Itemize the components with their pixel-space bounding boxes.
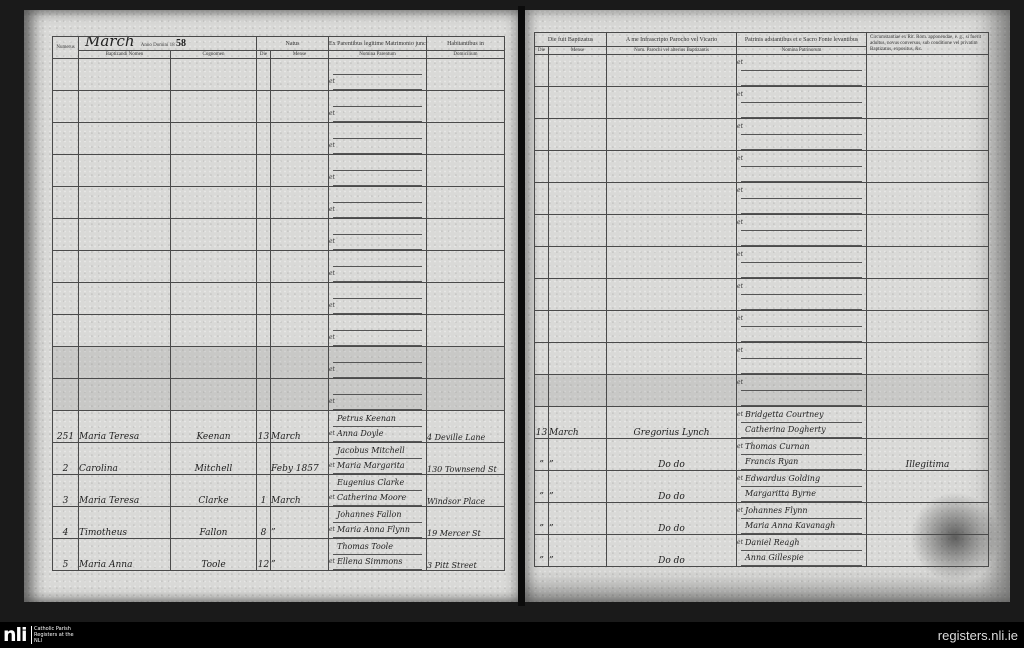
baptism-month xyxy=(549,151,607,183)
domicile xyxy=(427,219,505,251)
sponsor-2-name: Anna Gillespie xyxy=(741,553,804,562)
domicile xyxy=(427,59,505,91)
baptized-surname xyxy=(171,155,257,187)
table-row: et xyxy=(535,311,989,343)
sponsor-line-1: et xyxy=(741,344,862,359)
header-die-baptizatus: Die fuit Baptizatus xyxy=(535,33,607,47)
baptism-month xyxy=(549,87,607,119)
sponsor-line-1: et xyxy=(741,120,862,135)
table-row: 251Maria TeresaKeenan13MarchPetrus Keena… xyxy=(53,411,505,443)
anno-label: Anno Domini 18 xyxy=(141,43,175,48)
sponsor-2-name: Catherina Dogherty xyxy=(741,425,826,434)
father-line xyxy=(333,284,422,299)
father-name xyxy=(333,126,337,135)
table-row: et xyxy=(535,87,989,119)
birth-month: March xyxy=(271,475,329,507)
logo-caption: Catholic Parish Registers at the NLI xyxy=(34,626,74,644)
parents-cell: et xyxy=(329,219,427,251)
father-line xyxy=(333,220,422,235)
site-link[interactable]: registers.nli.ie xyxy=(938,628,1018,643)
birth-day xyxy=(257,219,271,251)
birth-day xyxy=(257,155,271,187)
father-name xyxy=(333,222,337,231)
entry-number: 251 xyxy=(53,411,79,443)
baptism-month: March xyxy=(549,407,607,439)
parents-cell: et xyxy=(329,251,427,283)
header-numerus: Numerus xyxy=(53,37,79,59)
table-row: ””Do doetJohannes FlynnMaria Anna Kavana… xyxy=(535,503,989,535)
table-row: 2CarolinaMitchellFeby 1857Jacobus Mitche… xyxy=(53,443,505,475)
sponsor-line-2 xyxy=(741,103,862,118)
father-name xyxy=(333,350,337,359)
domicile xyxy=(427,251,505,283)
sponsor-2-name: Margaritta Byrne xyxy=(741,489,816,498)
sponsors-cell: et xyxy=(737,375,867,407)
entry-number xyxy=(53,155,79,187)
header-natus: Natus xyxy=(257,37,329,51)
remarks xyxy=(867,343,989,375)
logo-divider xyxy=(31,626,32,644)
table-row: et xyxy=(535,279,989,311)
et-label: et xyxy=(329,203,335,217)
baptism-month xyxy=(549,119,607,151)
mother-name: Ellena Simmons xyxy=(333,557,402,566)
father-line xyxy=(333,252,422,267)
birth-month: ” xyxy=(271,539,329,571)
baptism-day: ” xyxy=(535,503,549,535)
parents-cell: et xyxy=(329,347,427,379)
baptized-name: Maria Teresa xyxy=(79,475,171,507)
header-remarks: Circumstantiae ex Rit. Rom. apponendae, … xyxy=(867,33,989,55)
birth-day xyxy=(257,251,271,283)
table-row: et xyxy=(53,123,505,155)
baptism-day: ” xyxy=(535,439,549,471)
baptism-day xyxy=(535,87,549,119)
baptism-month: ” xyxy=(549,535,607,567)
birth-month xyxy=(271,379,329,411)
minister-name xyxy=(607,215,737,247)
minister-name: Do do xyxy=(607,439,737,471)
domicile xyxy=(427,187,505,219)
et-label: et xyxy=(329,395,335,409)
mother-name: Maria Margarita xyxy=(333,461,405,470)
table-row: et xyxy=(53,187,505,219)
entry-number: 4 xyxy=(53,507,79,539)
table-row: et xyxy=(535,151,989,183)
et-label: et xyxy=(737,56,743,70)
parents-cell: et xyxy=(329,155,427,187)
mother-line: et xyxy=(333,75,422,90)
header-mense: Mense xyxy=(271,51,329,59)
parents-cell: et xyxy=(329,59,427,91)
baptized-surname: Toole xyxy=(171,539,257,571)
remarks xyxy=(867,247,989,279)
mother-line: et xyxy=(333,171,422,186)
sponsor-line-1: et xyxy=(741,280,862,295)
mother-line: et xyxy=(333,331,422,346)
et-label: et xyxy=(329,139,335,153)
baptized-surname: Keenan xyxy=(171,411,257,443)
remarks xyxy=(867,407,989,439)
father-line: Petrus Keenan xyxy=(333,412,422,427)
sponsor-line-1: et xyxy=(741,376,862,391)
entry-number xyxy=(53,315,79,347)
baptism-month: ” xyxy=(549,471,607,503)
header-die: Die xyxy=(257,51,271,59)
table-row: et xyxy=(53,59,505,91)
sponsor-1-name: Daniel Reagh xyxy=(741,538,800,547)
baptized-name xyxy=(79,315,171,347)
sponsors-cell: etEdwardus GoldingMargaritta Byrne xyxy=(737,471,867,503)
et-label: et xyxy=(737,120,743,134)
baptized-name xyxy=(79,123,171,155)
et-label: et xyxy=(737,440,743,454)
et-label: et xyxy=(737,248,743,262)
sponsor-1-name: Edwardus Golding xyxy=(741,474,820,483)
et-label: et xyxy=(737,152,743,166)
header-parents-sub: Nomina Parentum xyxy=(329,51,427,59)
et-label: et xyxy=(737,408,743,422)
table-row: ””Do doetThomas CurnanFrancis RyanIllegi… xyxy=(535,439,989,471)
entry-number xyxy=(53,283,79,315)
baptism-day xyxy=(535,55,549,87)
parents-cell: Johannes FallonetMaria Anna Flynn xyxy=(329,507,427,539)
table-row: et xyxy=(53,283,505,315)
parents-cell: et xyxy=(329,379,427,411)
sponsor-line-1: etThomas Curnan xyxy=(741,440,862,455)
birth-month xyxy=(271,59,329,91)
baptism-month xyxy=(549,55,607,87)
father-line xyxy=(333,348,422,363)
baptized-surname xyxy=(171,123,257,155)
baptized-name xyxy=(79,251,171,283)
birth-day xyxy=(257,443,271,475)
sponsor-2-name xyxy=(741,329,745,338)
header-sponsors-sub: Nomina Patrinorum xyxy=(737,47,867,55)
remarks xyxy=(867,215,989,247)
sponsor-line-2: Maria Anna Kavanagh xyxy=(741,519,862,534)
minister-name xyxy=(607,279,737,311)
baptized-surname xyxy=(171,283,257,315)
table-row: et xyxy=(53,379,505,411)
remarks xyxy=(867,311,989,343)
father-name: Eugenius Clarke xyxy=(333,478,404,487)
mother-name: Anna Doyle xyxy=(333,429,383,438)
et-label: et xyxy=(737,472,743,486)
remarks xyxy=(867,119,989,151)
sponsor-line-1: et xyxy=(741,88,862,103)
baptism-day xyxy=(535,247,549,279)
minister-name: Do do xyxy=(607,535,737,567)
minister-name xyxy=(607,183,737,215)
sponsor-line-1: et xyxy=(741,184,862,199)
sponsor-line-1: etDaniel Reagh xyxy=(741,536,862,551)
birth-day xyxy=(257,347,271,379)
birth-month xyxy=(271,315,329,347)
mother-line: et xyxy=(333,395,422,410)
et-label: et xyxy=(329,235,335,249)
table-row: et xyxy=(535,119,989,151)
et-label: et xyxy=(329,459,335,473)
minister-name xyxy=(607,151,737,183)
sponsor-line-1: et xyxy=(741,216,862,231)
remarks xyxy=(867,375,989,407)
father-name xyxy=(333,254,337,263)
father-name xyxy=(333,158,337,167)
baptism-day xyxy=(535,311,549,343)
remarks xyxy=(867,503,989,535)
table-row: et xyxy=(53,91,505,123)
sponsor-1-name: Bridgetta Courtney xyxy=(741,410,824,419)
mother-line: et xyxy=(333,235,422,250)
entry-number xyxy=(53,347,79,379)
baptized-surname xyxy=(171,379,257,411)
baptized-name xyxy=(79,91,171,123)
entry-number: 2 xyxy=(53,443,79,475)
birth-month: ” xyxy=(271,507,329,539)
sponsor-2-name xyxy=(741,201,745,210)
sponsors-cell: etJohannes FlynnMaria Anna Kavanagh xyxy=(737,503,867,535)
month-handwritten: March xyxy=(85,37,135,51)
minister-name xyxy=(607,247,737,279)
sponsors-cell: etBridgetta CourtneyCatherina Dogherty xyxy=(737,407,867,439)
domicile: 3 Pitt Street xyxy=(427,539,505,571)
table-row: et xyxy=(53,219,505,251)
sponsor-line-2 xyxy=(741,359,862,374)
birth-day xyxy=(257,379,271,411)
year-handwritten: 58 xyxy=(176,38,186,49)
et-label: et xyxy=(737,536,743,550)
father-line: Jacobus Mitchell xyxy=(333,444,422,459)
baptized-name xyxy=(79,187,171,219)
parents-cell: Thomas TooleetEllena Simmons xyxy=(329,539,427,571)
baptized-surname xyxy=(171,187,257,219)
sponsor-2-name xyxy=(741,393,745,402)
father-line: Johannes Fallon xyxy=(333,508,422,523)
birth-month xyxy=(271,155,329,187)
baptism-month xyxy=(549,215,607,247)
father-line xyxy=(333,60,422,75)
birth-day: 1 xyxy=(257,475,271,507)
baptism-day xyxy=(535,375,549,407)
sponsor-line-2: Anna Gillespie xyxy=(741,551,862,566)
minister-name xyxy=(607,311,737,343)
et-label: et xyxy=(737,216,743,230)
father-name: Johannes Fallon xyxy=(333,510,402,519)
entry-number xyxy=(53,123,79,155)
sponsor-line-1: etBridgetta Courtney xyxy=(741,408,862,423)
et-label: et xyxy=(737,184,743,198)
parents-cell: Petrus KeenanetAnna Doyle xyxy=(329,411,427,443)
father-line xyxy=(333,188,422,203)
sponsor-line-2: Catherina Dogherty xyxy=(741,423,862,438)
entry-number xyxy=(53,59,79,91)
minister-name: Do do xyxy=(607,503,737,535)
sponsor-1-name: Johannes Flynn xyxy=(741,506,808,515)
right-register-table: Die fuit Baptizatus A me Infrascripto Pa… xyxy=(534,32,989,567)
baptized-surname xyxy=(171,91,257,123)
baptism-day xyxy=(535,279,549,311)
birth-day xyxy=(257,315,271,347)
sponsor-line-1: et xyxy=(741,312,862,327)
birth-day: 8 xyxy=(257,507,271,539)
table-row: et xyxy=(535,343,989,375)
father-name xyxy=(333,318,337,327)
et-label: et xyxy=(329,267,335,281)
left-register-table: Numerus March Anno Domini 18 58 Natus Ex… xyxy=(52,36,505,571)
table-row: et xyxy=(535,375,989,407)
table-row: 13MarchGregorius LynchetBridgetta Courtn… xyxy=(535,407,989,439)
baptized-name xyxy=(79,59,171,91)
baptized-name: Timotheus xyxy=(79,507,171,539)
header-cognomen: Cognomen xyxy=(171,51,257,59)
birth-month xyxy=(271,251,329,283)
mother-line: et xyxy=(333,107,422,122)
baptized-surname xyxy=(171,219,257,251)
mother-line: et xyxy=(333,139,422,154)
entry-number xyxy=(53,251,79,283)
table-row: et xyxy=(535,55,989,87)
entry-number: 5 xyxy=(53,539,79,571)
entry-number xyxy=(53,219,79,251)
header-minister: A me Infrascripto Parocho vel Vicario xyxy=(607,33,737,47)
domicile: 19 Mercer St xyxy=(427,507,505,539)
image-viewer: Numerus March Anno Domini 18 58 Natus Ex… xyxy=(0,0,1024,622)
sponsor-line-2: Francis Ryan xyxy=(741,455,862,470)
sponsor-line-1: etJohannes Flynn xyxy=(741,504,862,519)
sponsor-line-2 xyxy=(741,263,862,278)
baptized-name xyxy=(79,155,171,187)
birth-month xyxy=(271,347,329,379)
father-name xyxy=(333,286,337,295)
et-label: et xyxy=(737,504,743,518)
sponsor-line-2 xyxy=(741,231,862,246)
sponsor-line-1: et xyxy=(741,56,862,71)
sponsor-2-name: Maria Anna Kavanagh xyxy=(741,521,835,530)
birth-day xyxy=(257,123,271,155)
sponsors-cell: etDaniel ReaghAnna Gillespie xyxy=(737,535,867,567)
baptized-surname: Fallon xyxy=(171,507,257,539)
minister-name xyxy=(607,375,737,407)
baptized-name: Maria Anna xyxy=(79,539,171,571)
baptized-name xyxy=(79,347,171,379)
birth-day xyxy=(257,283,271,315)
domicile: Windsor Place xyxy=(427,475,505,507)
baptism-day xyxy=(535,215,549,247)
parents-cell: et xyxy=(329,91,427,123)
parents-cell: et xyxy=(329,283,427,315)
et-label: et xyxy=(737,88,743,102)
domicile xyxy=(427,91,505,123)
baptism-month xyxy=(549,311,607,343)
parents-cell: et xyxy=(329,123,427,155)
table-row: 3Maria TeresaClarke1MarchEugenius Clarke… xyxy=(53,475,505,507)
sponsors-cell: et xyxy=(737,55,867,87)
birth-day xyxy=(257,59,271,91)
father-name: Jacobus Mitchell xyxy=(333,446,405,455)
baptism-month: ” xyxy=(549,503,607,535)
domicile xyxy=(427,379,505,411)
minister-name xyxy=(607,119,737,151)
sponsor-2-name xyxy=(741,233,745,242)
baptized-name: Maria Teresa xyxy=(79,411,171,443)
remarks xyxy=(867,55,989,87)
baptism-day xyxy=(535,343,549,375)
et-label: et xyxy=(737,344,743,358)
father-line: Thomas Toole xyxy=(333,540,422,555)
sponsors-cell: et xyxy=(737,215,867,247)
entry-number xyxy=(53,91,79,123)
minister-name xyxy=(607,87,737,119)
baptism-day: ” xyxy=(535,471,549,503)
mother-line: et xyxy=(333,267,422,282)
baptized-name xyxy=(79,219,171,251)
baptized-surname xyxy=(171,315,257,347)
sponsor-line-2 xyxy=(741,71,862,86)
minister-name: Gregorius Lynch xyxy=(607,407,737,439)
nli-logo[interactable]: nli xyxy=(3,626,27,645)
table-row: et xyxy=(53,251,505,283)
parents-cell: et xyxy=(329,187,427,219)
baptized-surname: Clarke xyxy=(171,475,257,507)
sponsors-cell: et xyxy=(737,279,867,311)
table-row: et xyxy=(535,247,989,279)
sponsor-line-2 xyxy=(741,135,862,150)
domicile: 4 Deville Lane xyxy=(427,411,505,443)
sponsors-cell: et xyxy=(737,247,867,279)
mother-name: Catherina Moore xyxy=(333,493,406,502)
sponsor-line-2: Margaritta Byrne xyxy=(741,487,862,502)
domicile xyxy=(427,315,505,347)
birth-month xyxy=(271,91,329,123)
entry-number: 3 xyxy=(53,475,79,507)
sponsor-1-name: Thomas Curnan xyxy=(741,442,809,451)
sponsors-cell: et xyxy=(737,119,867,151)
header-nomen: Baptizandi Nomen xyxy=(79,51,171,59)
et-label: et xyxy=(329,299,335,313)
baptism-month xyxy=(549,375,607,407)
baptism-month: ” xyxy=(549,439,607,471)
remarks xyxy=(867,183,989,215)
birth-month xyxy=(271,187,329,219)
table-row: ””Do doetDaniel ReaghAnna Gillespie xyxy=(535,535,989,567)
header-sponsors: Patrinis adstantibus et e Sacro Fonte le… xyxy=(737,33,867,47)
baptized-name xyxy=(79,379,171,411)
header-die: Die xyxy=(535,47,549,55)
baptized-name: Carolina xyxy=(79,443,171,475)
father-name xyxy=(333,382,337,391)
sponsor-2-name: Francis Ryan xyxy=(741,457,798,466)
remarks xyxy=(867,535,989,567)
header-month-year: March Anno Domini 18 58 xyxy=(79,37,257,51)
et-label: et xyxy=(329,75,335,89)
table-row: et xyxy=(53,347,505,379)
header-domicilium: Domicilium xyxy=(427,51,505,59)
parents-cell: et xyxy=(329,315,427,347)
birth-month xyxy=(271,219,329,251)
father-name: Thomas Toole xyxy=(333,542,393,551)
remarks xyxy=(867,151,989,183)
father-line xyxy=(333,124,422,139)
baptism-month xyxy=(549,183,607,215)
father-line xyxy=(333,92,422,107)
sponsor-line-1: et xyxy=(741,248,862,263)
sponsor-2-name xyxy=(741,137,745,146)
sponsors-cell: et xyxy=(737,151,867,183)
sponsors-cell: etThomas CurnanFrancis Ryan xyxy=(737,439,867,471)
header-minister-sub: Nom. Parochi vel alterius Baptizantis xyxy=(607,47,737,55)
header-habitantibus: Habitantibus in xyxy=(427,37,505,51)
